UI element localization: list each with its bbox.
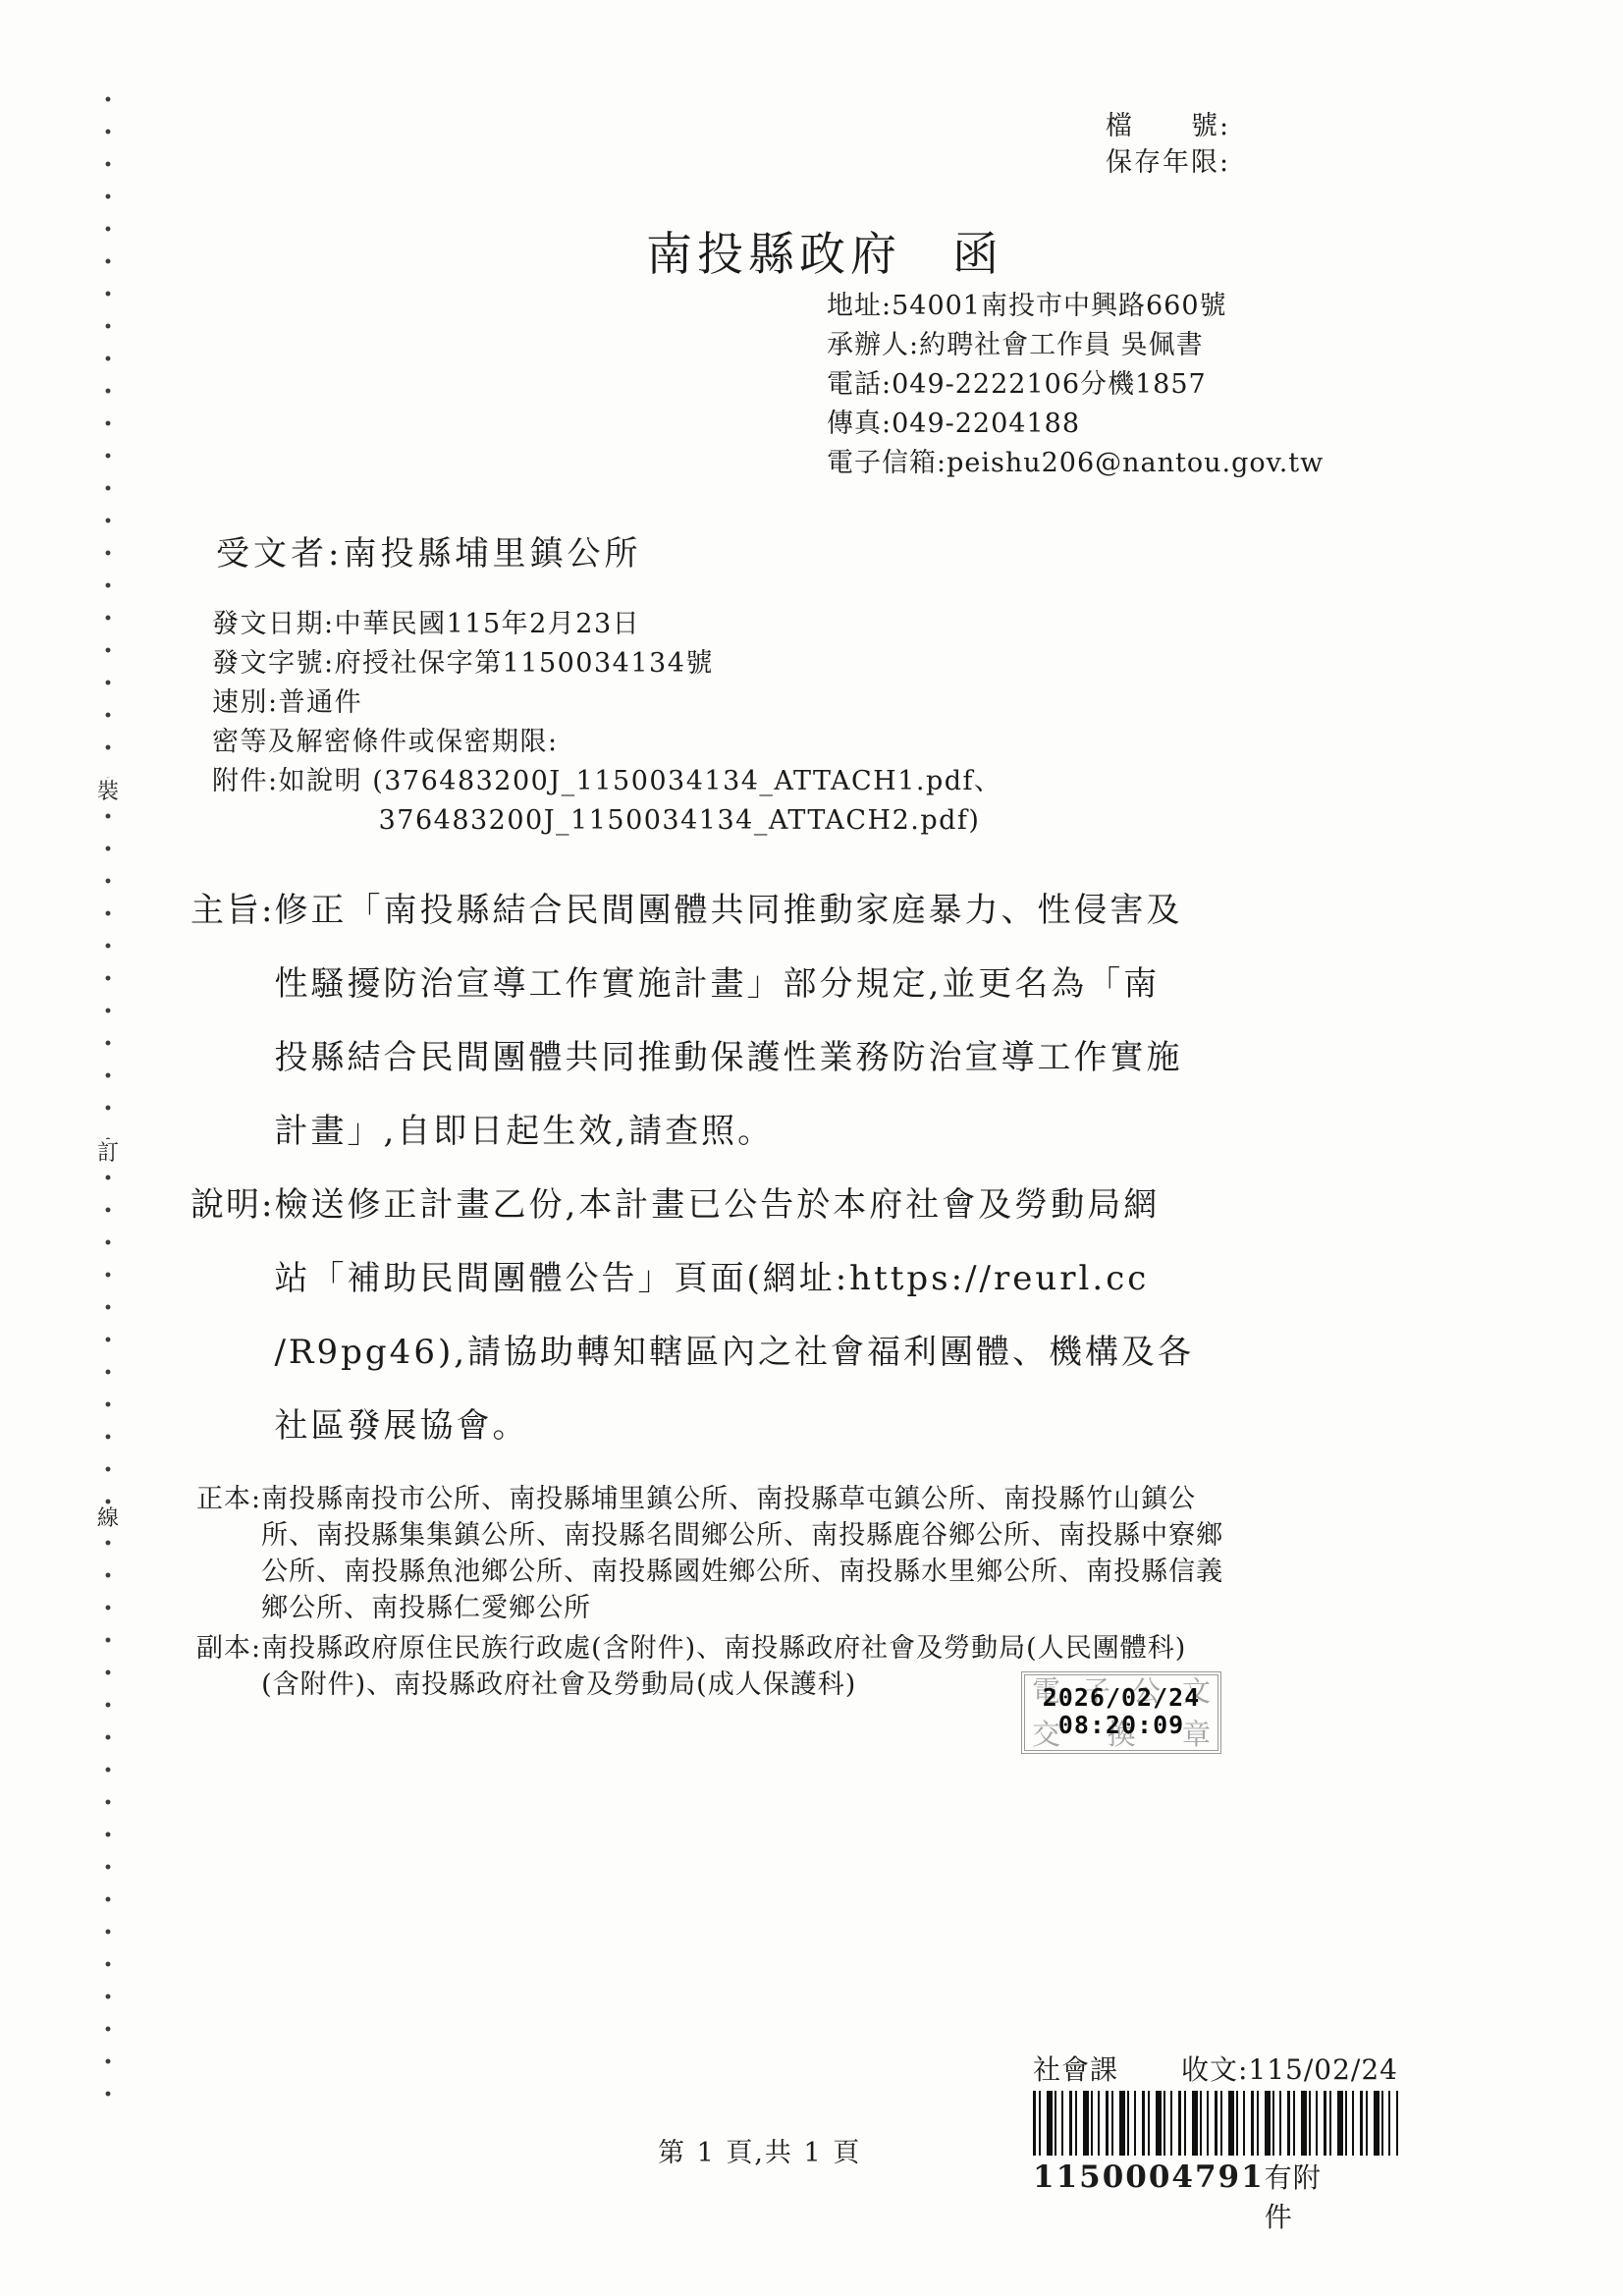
sender-info-block: 地址:54001南投市中興路660號 承辦人:約聘社會工作員 吳佩書 電話:04… <box>827 287 1324 483</box>
speed-class: 速別:普通件 <box>212 683 1002 723</box>
exchange-stamp-datetime: 2026/02/24 08:20:09 <box>1025 1684 1217 1739</box>
electronic-exchange-stamp: 電 子 公 文 交 換 章 2026/02/24 08:20:09 <box>1021 1671 1221 1754</box>
binding-margin: 裝 訂 線 <box>94 90 122 2102</box>
receipt-header-row: 社會課 收文:115/02/24 <box>1033 2049 1398 2088</box>
description-line: /R9pg46),請協助轉知轄區內之社會福利團體、機構及各 <box>274 1316 1194 1390</box>
main-copy-list: 南投縣南投市公所、南投縣埔里鎮公所、南投縣草屯鎮公所、南投縣竹山鎮公 所、南投縣… <box>261 1481 1223 1626</box>
sender-email: 電子信箱:peishu206@nantou.gov.tw <box>827 444 1324 483</box>
main-copy-line: 鄉公所、南投縣仁愛鄉公所 <box>261 1590 1223 1626</box>
document-page: 裝 訂 線 檔 號: 保存年限: 南投縣政府 函 地址:54001南投市中興路6… <box>0 0 1623 2296</box>
recipient-line: 受文者:南投縣埔里鎮公所 <box>216 526 641 574</box>
description-line: 站「補助民間團體公告」頁面(網址:https://reurl.cc <box>274 1242 1194 1316</box>
subject-line: 性騷擾防治宣導工作實施計畫」部分規定,並更名為「南 <box>274 948 1182 1021</box>
attachment-file-2: 376483200J_1150034134_ATTACH2.pdf) <box>279 801 1002 841</box>
receipt-serial-number: 1150004791 <box>1033 2159 1265 2195</box>
receipt-serial-row: 1150004791 有附件 <box>1033 2157 1398 2235</box>
main-copy-line: 公所、南投縣魚池鄉公所、南投縣國姓鄉公所、南投縣水里鄉公所、南投縣信義 <box>261 1554 1223 1590</box>
attachment-row: 附件: 如說明 (376483200J_1150034134_ATTACH1.p… <box>212 762 1002 841</box>
receipt-department: 社會課 <box>1033 2049 1118 2088</box>
security-class: 密等及解密條件或保密期限: <box>212 723 1002 762</box>
attachment-files: 如說明 (376483200J_1150034134_ATTACH1.pdf、 … <box>279 762 1002 841</box>
retention-period-label: 保存年限: <box>1106 144 1230 181</box>
main-copy-line: 南投縣南投市公所、南投縣埔里鎮公所、南投縣草屯鎮公所、南投縣竹山鎮公 <box>261 1481 1223 1517</box>
sender-phone: 電話:049-2222106分機1857 <box>827 365 1324 405</box>
document-meta-block: 發文日期:中華民國115年2月23日 發文字號:府授社保字第1150034134… <box>212 605 1002 841</box>
subject-line: 修正「南投縣結合民間團體共同推動家庭暴力、性侵害及 <box>274 874 1182 948</box>
subject-line: 計畫」,自即日起生效,請查照。 <box>274 1095 1182 1169</box>
description-line: 社區發展協會。 <box>274 1390 1194 1463</box>
binding-dotted-line <box>94 1534 122 2102</box>
binding-dotted-line <box>94 1169 122 1504</box>
description-text: 檢送修正計畫乙份,本計畫已公告於本府社會及勞動局網 站「補助民間團體公告」頁面(… <box>274 1169 1194 1463</box>
binding-dotted-line <box>94 90 122 778</box>
description-line: 檢送修正計畫乙份,本計畫已公告於本府社會及勞動局網 <box>274 1169 1194 1242</box>
receipt-date: 收文:115/02/24 <box>1181 2049 1398 2088</box>
attachment-file-1: 如說明 (376483200J_1150034134_ATTACH1.pdf、 <box>279 762 1002 801</box>
subject-paragraph: 主旨: 修正「南投縣結合民間團體共同推動家庭暴力、性侵害及 性騷擾防治宣導工作實… <box>190 874 1182 1169</box>
attachment-label: 附件: <box>212 762 279 841</box>
subject-label: 主旨: <box>190 874 274 1169</box>
exchange-stamp-time: 08:20:09 <box>1025 1712 1217 1739</box>
description-label: 說明: <box>190 1169 274 1463</box>
file-number-block: 檔 號: 保存年限: <box>1106 108 1230 181</box>
main-copy-line: 所、南投縣集集鎮公所、南投縣名間鄉公所、南投縣鹿谷鄉公所、南投縣中寮鄉 <box>261 1517 1223 1554</box>
receipt-attachment-note: 有附件 <box>1265 2157 1398 2235</box>
issue-date: 發文日期:中華民國115年2月23日 <box>212 605 1002 644</box>
cc-copy-line: 南投縣政府原住民族行政處(含附件)、南投縣政府社會及勞動局(人民團體科) <box>261 1630 1186 1667</box>
binding-mark-xian: 線 <box>97 1504 119 1534</box>
exchange-stamp-date: 2026/02/24 <box>1025 1684 1217 1712</box>
cc-copy-label: 副本: <box>196 1630 261 1703</box>
binding-dotted-line <box>94 807 122 1139</box>
sender-address: 地址:54001南投市中興路660號 <box>827 287 1324 326</box>
receipt-barcode <box>1033 2091 1398 2156</box>
document-title: 南投縣政府 函 <box>646 218 1003 284</box>
sender-fax: 傳真:049-2204188 <box>827 405 1324 444</box>
page-number-footer: 第 1 頁,共 1 頁 <box>658 2131 861 2169</box>
receipt-stamp: 社會課 收文:115/02/24 1150004791 有附件 <box>1033 2049 1398 2235</box>
document-number: 發文字號:府授社保字第1150034134號 <box>212 644 1002 683</box>
main-copy-recipients: 正本: 南投縣南投市公所、南投縣埔里鎮公所、南投縣草屯鎮公所、南投縣竹山鎮公 所… <box>196 1481 1223 1626</box>
binding-mark-zhuang: 裝 <box>97 778 119 807</box>
sender-contact-person: 承辦人:約聘社會工作員 吳佩書 <box>827 326 1324 365</box>
description-paragraph: 說明: 檢送修正計畫乙份,本計畫已公告於本府社會及勞動局網 站「補助民間團體公告… <box>190 1169 1194 1463</box>
file-no-label: 檔 號: <box>1106 108 1230 144</box>
binding-mark-ding: 訂 <box>97 1139 119 1169</box>
main-copy-label: 正本: <box>196 1481 261 1626</box>
subject-line: 投縣結合民間團體共同推動保護性業務防治宣導工作實施 <box>274 1021 1182 1095</box>
subject-text: 修正「南投縣結合民間團體共同推動家庭暴力、性侵害及 性騷擾防治宣導工作實施計畫」… <box>274 874 1182 1169</box>
